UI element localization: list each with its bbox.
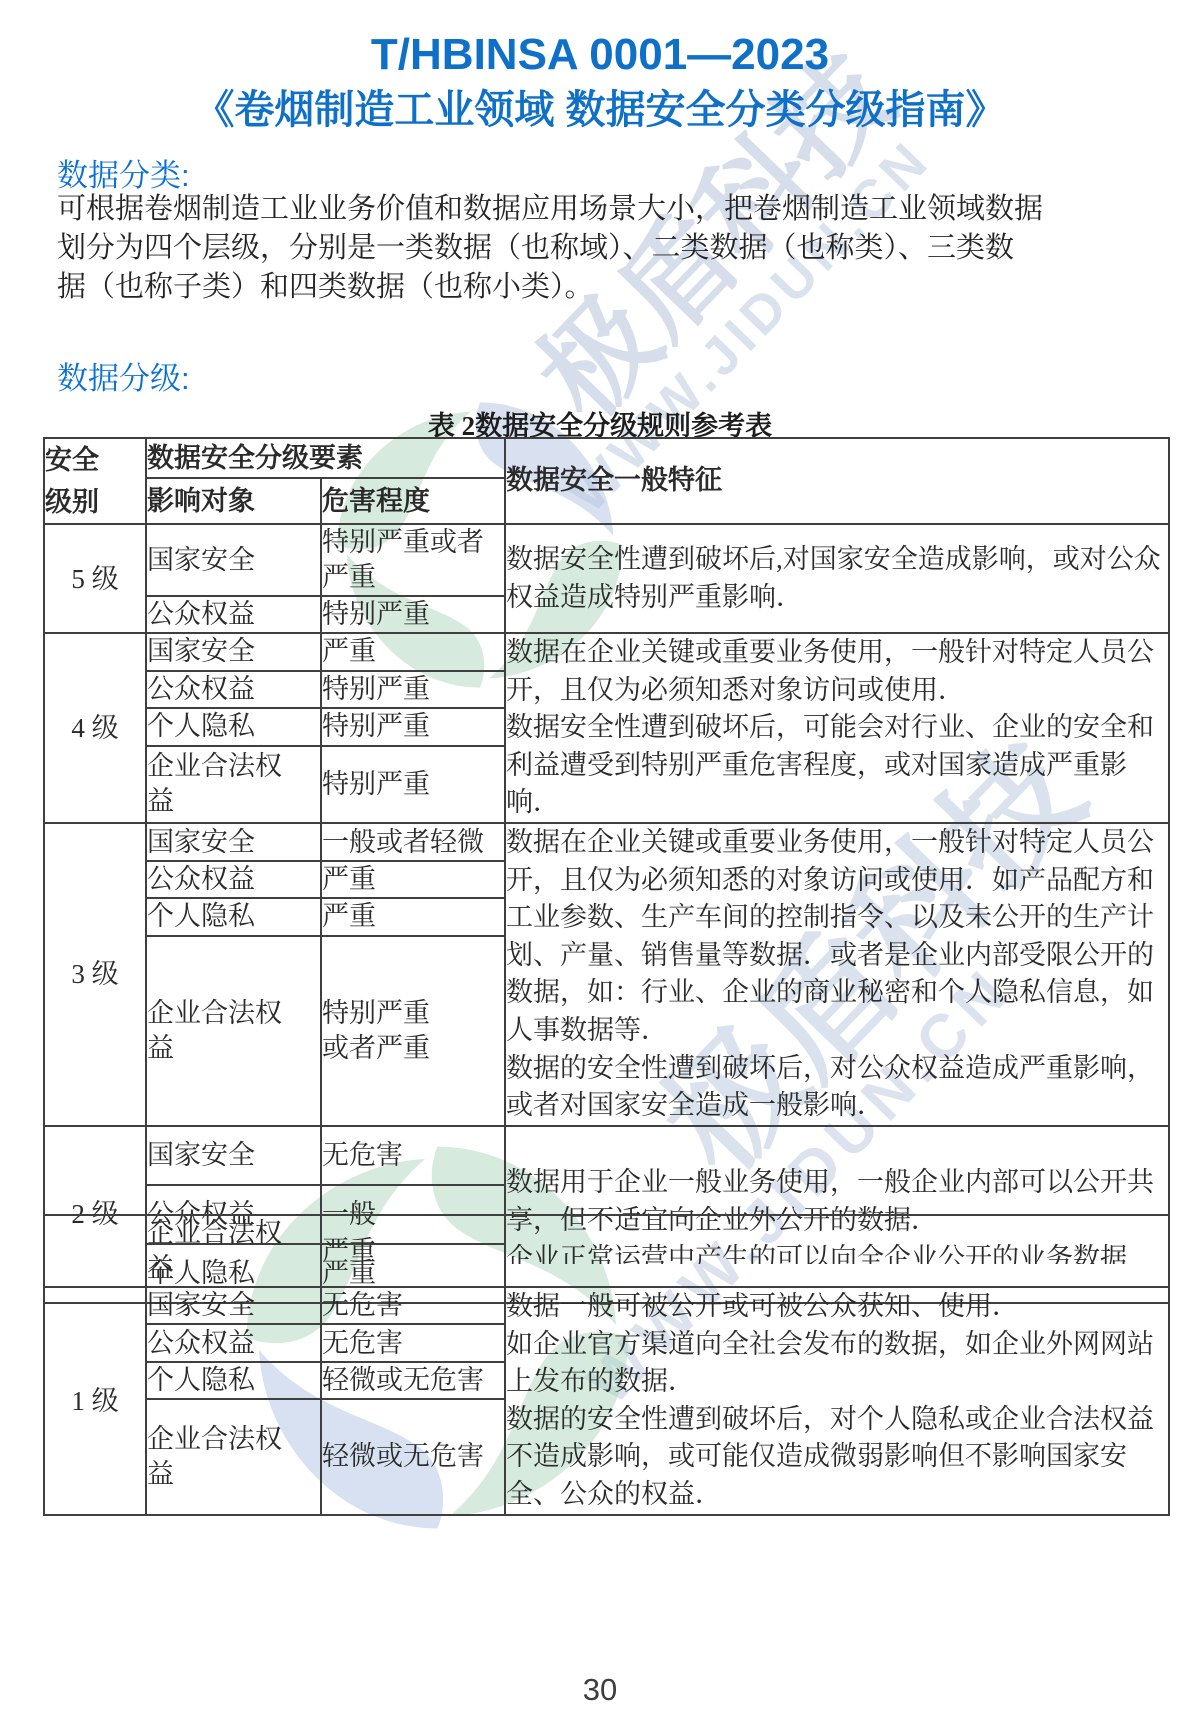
section-heading-classification: 数据分类: — [57, 150, 190, 195]
level5-impact-1: 公众权益 — [146, 596, 321, 633]
level5-impact-0: 国家安全 — [146, 524, 321, 596]
split-row-harm: 严重 — [321, 1215, 505, 1287]
level3-harm-1: 严重 — [321, 861, 505, 898]
level5-label: 5 级 — [44, 524, 146, 633]
split-row-level-empty — [44, 1215, 146, 1287]
header-cell-level: 安全 级别 — [44, 438, 146, 524]
level3-impact-3: 企业合法权 益 — [146, 936, 321, 1126]
level5-harm-0: 特别严重或者 严重 — [321, 524, 505, 596]
level3-impact-1: 公众权益 — [146, 861, 321, 898]
level1-harm-0: 无危害 — [321, 1287, 505, 1324]
level4-impact-0: 国家安全 — [146, 633, 321, 671]
level1-feature: 数据一般可被公开或可被公众获知、使用． 如企业官方渠道向全社会发布的数据，如企业… — [505, 1287, 1169, 1515]
level5-feature: 数据安全性遭到破坏后,对国家安全造成影响，或对公众 权益造成特别严重影响． — [505, 524, 1169, 633]
level4-impact-1: 公众权益 — [146, 671, 321, 709]
level1-impact-0: 国家安全 — [146, 1287, 321, 1324]
document-title: 《卷烟制造工业领域 数据安全分类分级指南》 — [0, 78, 1200, 135]
split-row-feature-empty — [505, 1215, 1169, 1287]
level4-label: 4 级 — [44, 633, 146, 823]
level4-harm-1: 特别严重 — [321, 671, 505, 709]
header-cell-impact: 影响对象 — [146, 478, 321, 524]
level2-impact-0: 国家安全 — [146, 1126, 321, 1185]
level1-harm-1: 无危害 — [321, 1324, 505, 1361]
header-cell-feature: 数据安全一般特征 — [505, 438, 1169, 524]
level1-harm-2: 轻微或无危害 — [321, 1362, 505, 1399]
section-heading-grading: 数据分级: — [57, 353, 190, 398]
page-number: 30 — [0, 1672, 1200, 1708]
level1-harm-3: 轻微或无危害 — [321, 1399, 505, 1514]
level3-impact-2: 个人隐私 — [146, 898, 321, 935]
document-page: 极盾科技 WWW.JIDUN.CN 极盾科技 WWW.JIDUN.CN T/HB… — [0, 0, 1200, 1734]
grading-table-main: 安全 级别 数据安全分级要素 数据安全一般特征 影响对象 危害程度 5 级 国家… — [43, 437, 1170, 1304]
level3-feature: 数据在企业关键或重要业务使用，一般针对特定人员公 开，且仅为必须知悉的对象访问或… — [505, 823, 1169, 1126]
level4-feature: 数据在企业关键或重要业务使用，一般针对特定人员公 开，且仅为必须知悉对象访问或使… — [505, 633, 1169, 823]
level3-harm-2: 严重 — [321, 898, 505, 935]
level1-impact-3: 企业合法权 益 — [146, 1399, 321, 1514]
level4-harm-2: 特别严重 — [321, 708, 505, 746]
level3-harm-3: 特别严重 或者严重 — [321, 936, 505, 1126]
level4-harm-0: 严重 — [321, 633, 505, 671]
level1-impact-1: 公众权益 — [146, 1324, 321, 1361]
level3-harm-0: 一般或者轻微 — [321, 823, 505, 861]
level4-impact-2: 个人隐私 — [146, 708, 321, 746]
grading-table-continued: 企业合法权 益 严重 1 级 国家安全 无危害 数据一般可被公开或可被公众获知、… — [43, 1214, 1170, 1516]
split-row-impact: 企业合法权 益 — [146, 1215, 321, 1287]
level3-label: 3 级 — [44, 823, 146, 1126]
header-cell-harm: 危害程度 — [321, 478, 505, 524]
level1-impact-2: 个人隐私 — [146, 1362, 321, 1399]
document-standard-number: T/HBINSA 0001—2023 — [0, 30, 1200, 80]
level4-harm-3: 特别严重 — [321, 746, 505, 823]
level4-impact-3: 企业合法权 益 — [146, 746, 321, 823]
level1-label: 1 级 — [44, 1287, 146, 1515]
level3-impact-0: 国家安全 — [146, 823, 321, 861]
header-cell-factors: 数据安全分级要素 — [146, 438, 505, 478]
level5-harm-1: 特别严重 — [321, 596, 505, 633]
classification-paragraph: 可根据卷烟制造工业业务价值和数据应用场景大小，把卷烟制造工业领域数据 划分为四个… — [57, 190, 1162, 307]
level2-harm-0: 无危害 — [321, 1126, 505, 1185]
